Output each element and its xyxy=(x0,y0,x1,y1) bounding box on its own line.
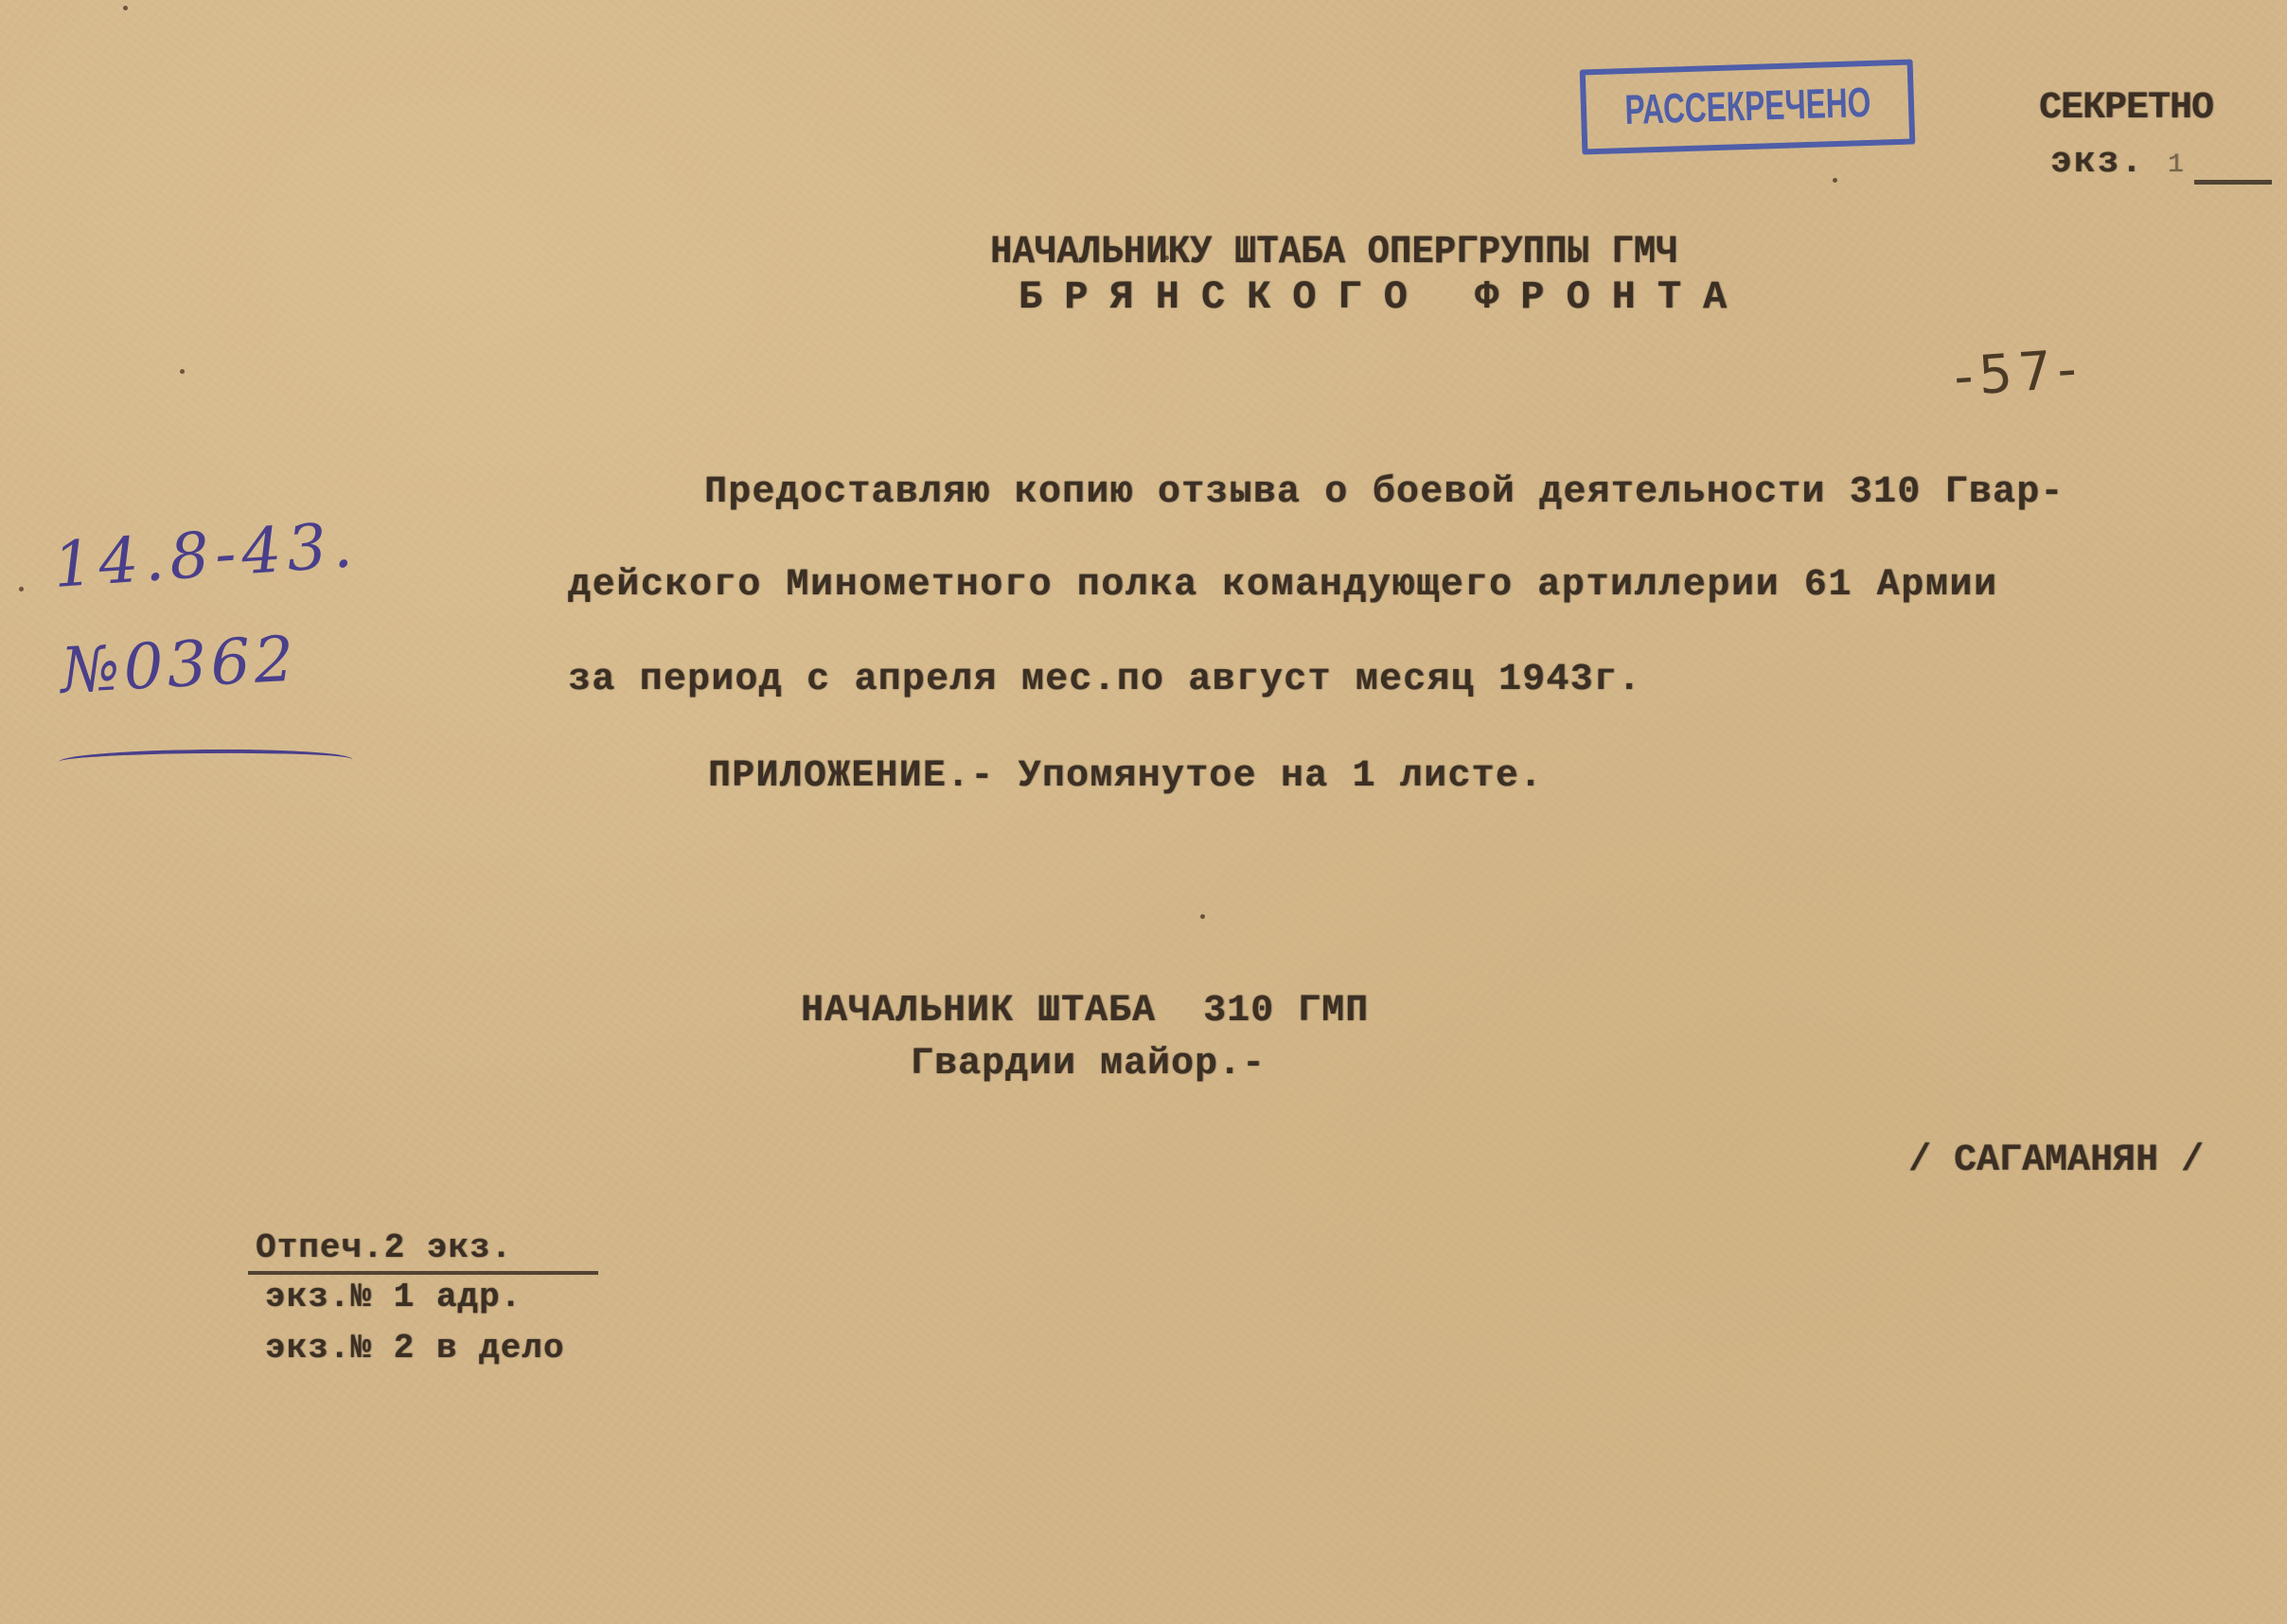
copy-number-underline xyxy=(2194,180,2272,185)
copy-label: экз. xyxy=(2050,142,2144,183)
declassified-stamp: РАССЕКРЕЧЕНО xyxy=(1580,59,1916,154)
paper-speck xyxy=(1200,914,1205,919)
handwritten-date: 14.8-43. xyxy=(51,508,361,602)
addressee-line-2: БРЯНСКОГО ФРОНТА xyxy=(1019,274,1748,320)
distribution-line-1: Отпеч.2 экз. xyxy=(256,1228,512,1267)
signature-name: / САГАМАНЯН / xyxy=(1908,1139,2204,1182)
handwritten-underline xyxy=(59,749,352,765)
paper-speck xyxy=(180,369,185,374)
body-line-3: за период с апреля мес.по август месяц 1… xyxy=(568,659,1641,701)
stamp-text: РАССЕКРЕЧЕНО xyxy=(1623,79,1870,134)
distribution-line-2: экз.№ 1 адр. xyxy=(265,1278,522,1316)
distribution-line-3: экз.№ 2 в дело xyxy=(265,1329,564,1368)
paper-speck xyxy=(1833,178,1837,183)
distribution-underline xyxy=(248,1271,598,1275)
handwritten-registration-number: №0362 xyxy=(59,622,299,707)
copy-number: 1 xyxy=(2168,150,2186,180)
body-line-1: Предоставляю копию отзыва о боевой деяте… xyxy=(704,471,2065,514)
classification-label: СЕКРЕТНО xyxy=(2039,87,2213,130)
paper-speck xyxy=(19,587,24,591)
attachment-line: ПРИЛОЖЕНИЕ.- Упомянутое на 1 листе. xyxy=(708,755,1543,798)
body-line-2: дейского Минометного полка командующего … xyxy=(568,564,1998,607)
addressee-line-1: НАЧАЛЬНИКУ ШТАБА ОПЕРГРУППЫ ГМЧ xyxy=(990,229,1678,274)
paper-speck xyxy=(1164,256,1169,260)
page-number: -57- xyxy=(1952,338,2084,408)
signature-title: НАЧАЛЬНИК ШТАБА 310 ГМП xyxy=(801,990,1369,1033)
copy-number-label: экз. 1 xyxy=(2050,142,2186,183)
signature-rank: Гвардии майор.- xyxy=(911,1043,1266,1086)
paper-speck xyxy=(123,6,128,10)
